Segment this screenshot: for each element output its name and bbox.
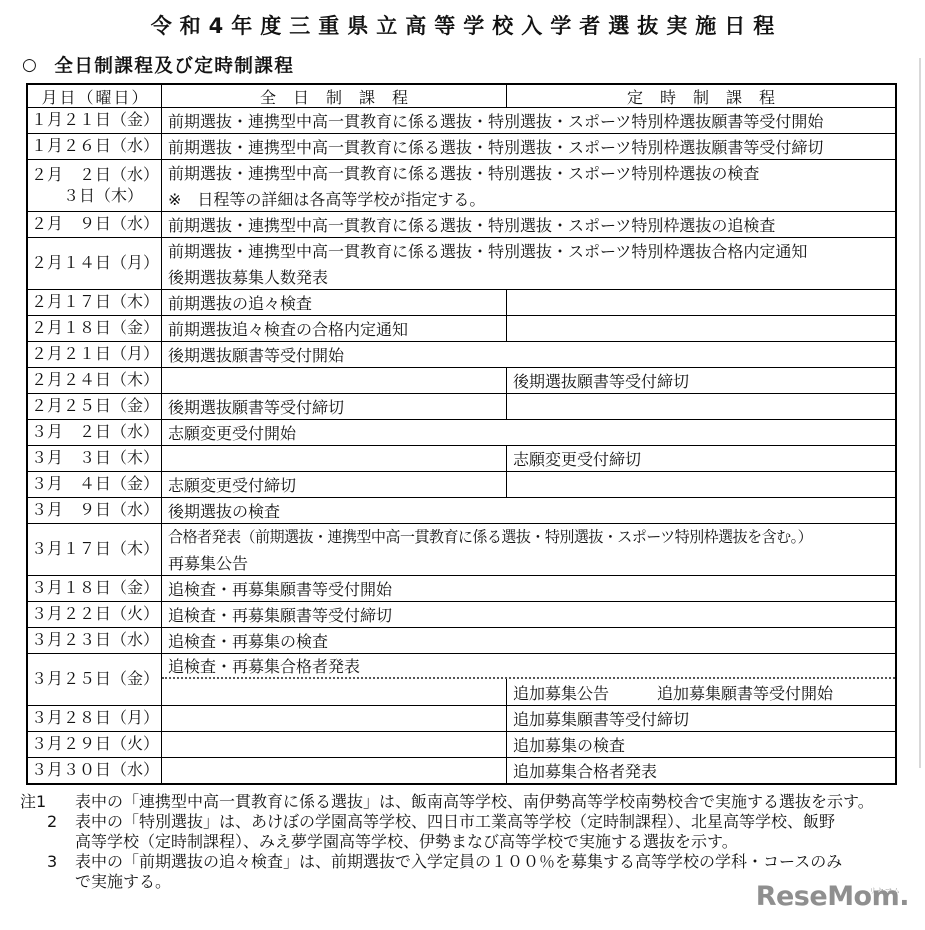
date-text: １月２６日（水） (31, 136, 161, 157)
content-line: 志願変更受付締切 (162, 472, 506, 497)
content-line (162, 446, 506, 471)
date-cell: ３月２３日（水） (28, 628, 162, 653)
fulltime-cell (162, 368, 507, 393)
table-row: １月２６日（水）前期選抜・連携型中高一貫教育に係る選抜・特別選抜・スポーツ特別枠… (28, 133, 895, 159)
note-text: 表中の「連携型中高一貫教育に係る選抜」は、飯南高等学校、南伊勢高等学校南勢校舎で… (75, 792, 874, 811)
content-line: 前期選抜の追々検査 (162, 290, 506, 315)
note-label: 3 (47, 852, 57, 872)
note-text: 表中の「特別選抜」は、あけぼの学園高等学校、四日市工業高等学校（定時制課程）、北… (75, 812, 835, 851)
parttime-cell (507, 394, 895, 419)
date-cell: ３月２８日（月） (28, 706, 162, 731)
content-line: 後期選抜願書等受付締切 (507, 368, 895, 393)
merged-cell: 前期選抜・連携型中高一貫教育に係る選抜・特別選抜・スポーツ特別枠選抜の検査※ 日… (162, 160, 895, 211)
parttime-cell (507, 316, 895, 341)
date-text: ３月２２日（火） (31, 604, 161, 625)
table-row: ３月２８日（月）追加募集願書等受付締切 (28, 705, 895, 731)
date-cell: ３月 ４日（金） (28, 472, 162, 497)
table-row: ３月３０日（水）追加募集合格者発表 (28, 757, 895, 783)
section-heading: ○ 全日制課程及び定時制課程 (22, 52, 925, 78)
date-text: ２月２１日（月） (31, 344, 161, 365)
content-line (507, 472, 895, 497)
table-row: ３月２３日（水）追検査・再募集の検査 (28, 627, 895, 653)
note-text: 表中の「前期選抜の追々検査」は、前期選抜で入学定員の１００％を募集する高等学校の… (75, 852, 842, 891)
date-cell: ３月 ３日（木） (28, 446, 162, 471)
merged-cell: 前期選抜・連携型中高一貫教育に係る選抜・特別選抜・スポーツ特別枠選抜願書等受付開… (162, 108, 895, 133)
content-line: 追加募集の検査 (507, 732, 895, 757)
table-row: ２月１７日（木）前期選抜の追々検査 (28, 289, 895, 315)
table-row: ２月 ９日（水）前期選抜・連携型中高一貫教育に係る選抜・特別選抜・スポーツ特別枠… (28, 211, 895, 237)
content-line: 追検査・再募集合格者発表 (162, 654, 895, 677)
date-text: ３月２８日（月） (31, 708, 161, 729)
date-cell: １月２１日（金） (28, 108, 162, 133)
content-line: 志願変更受付開始 (162, 420, 895, 445)
merged-cell: 前期選抜・連携型中高一貫教育に係る選抜・特別選抜・スポーツ特別枠選抜合格内定通知… (162, 238, 895, 289)
note-item: 注1 表中の「連携型中高一貫教育に係る選抜」は、飯南高等学校、南伊勢高等学校南勢… (0, 792, 900, 812)
fulltime-cell (162, 732, 507, 757)
table-row: １月２１日（金）前期選抜・連携型中高一貫教育に係る選抜・特別選抜・スポーツ特別枠… (28, 107, 895, 133)
note-label: 2 (47, 812, 57, 832)
header-parttime: 定時制課程 (507, 85, 895, 107)
date-text: ２月 ２日（水） (31, 165, 161, 186)
parttime-cell: 追加募集公告 追加募集願書等受付開始 (507, 679, 895, 705)
content-line: 追加募集公告 追加募集願書等受付開始 (507, 679, 895, 705)
merged-cell: 前期選抜・連携型中高一貫教育に係る選抜・特別選抜・スポーツ特別枠選抜の追検査 (162, 212, 895, 237)
parttime-cell: 後期選抜願書等受付締切 (507, 368, 895, 393)
table-row: ３月 ４日（金）志願変更受付締切 (28, 471, 895, 497)
merged-cell: 合格者発表（前期選抜・連携型中高一貫教育に係る選抜・特別選抜・スポーツ特別枠選抜… (162, 524, 895, 575)
circle-marker-icon: ○ (22, 55, 38, 75)
parttime-cell: 追加募集合格者発表 (507, 758, 895, 783)
date-cell: ３月１８日（金） (28, 576, 162, 601)
fulltime-cell: 前期選抜の追々検査 (162, 290, 507, 315)
fulltime-cell (162, 446, 507, 471)
content-line (507, 290, 895, 315)
table-row: ３月 ９日（水）後期選抜の検査 (28, 497, 895, 523)
merged-cell: 追検査・再募集願書等受付開始 (162, 576, 895, 601)
resemom-logo-ruby: リセマム (869, 876, 901, 906)
content-line (162, 758, 506, 783)
content-line: 後期選抜募集人数発表 (162, 264, 895, 290)
dashed-row-top: 追検査・再募集合格者発表 (162, 654, 895, 679)
content-line: 後期選抜の検査 (162, 498, 895, 523)
header-date: 月日（曜日） (28, 85, 162, 107)
date-cell: ３月３０日（水） (28, 758, 162, 783)
date-cell: ３月 ９日（水） (28, 498, 162, 523)
page-title: 令和4年度三重県立高等学校入学者選抜実施日程 (0, 10, 925, 40)
parttime-cell: 追加募集願書等受付締切 (507, 706, 895, 731)
date-cell: １月２６日（水） (28, 134, 162, 159)
content-line: 追検査・再募集願書等受付締切 (162, 602, 895, 627)
merged-cell: 志願変更受付開始 (162, 420, 895, 445)
table-header-row: 月日（曜日） 全日制課程 定時制課程 (28, 85, 895, 107)
fulltime-cell: 志願変更受付締切 (162, 472, 507, 497)
content-line: 前期選抜・連携型中高一貫教育に係る選抜・特別選抜・スポーツ特別枠選抜の検査 (162, 160, 895, 186)
date-cell: ２月２５日（金） (28, 394, 162, 419)
table-row: ３月１８日（金）追検査・再募集願書等受付開始 (28, 575, 895, 601)
merged-cell: 前期選抜・連携型中高一貫教育に係る選抜・特別選抜・スポーツ特別枠選抜願書等受付締… (162, 134, 895, 159)
content-line (162, 706, 506, 731)
table-row: ３月２９日（火）追加募集の検査 (28, 731, 895, 757)
date-text: ３月２３日（水） (31, 630, 161, 651)
date-cell: ３月２５日（金） (28, 654, 162, 705)
fulltime-cell (162, 758, 507, 783)
date-cell: ３月２２日（火） (28, 602, 162, 627)
content-line: 前期選抜追々検査の合格内定通知 (162, 316, 506, 341)
date-text: ３月 ４日（金） (31, 474, 161, 495)
merged-cell: 後期選抜の検査 (162, 498, 895, 523)
table-row: ３月１７日（木）合格者発表（前期選抜・連携型中高一貫教育に係る選抜・特別選抜・ス… (28, 523, 895, 575)
date-cell: ２月 ９日（水） (28, 212, 162, 237)
content-line: 追検査・再募集願書等受付開始 (162, 576, 895, 601)
date-cell: ３月２９日（火） (28, 732, 162, 757)
table-row: ２月 ２日（水） ３日（木）前期選抜・連携型中高一貫教育に係る選抜・特別選抜・ス… (28, 159, 895, 211)
content-line (162, 368, 506, 393)
content-line: 前期選抜・連携型中高一貫教育に係る選抜・特別選抜・スポーツ特別枠選抜願書等受付締… (162, 134, 895, 159)
table-row: ３月２２日（火）追検査・再募集願書等受付締切 (28, 601, 895, 627)
fulltime-cell (162, 679, 507, 705)
resemom-logo: ReseMom. リセマム (756, 882, 909, 912)
content-line: 追加募集願書等受付締切 (507, 706, 895, 731)
header-fulltime: 全日制課程 (162, 85, 507, 107)
date-cell: ２月１４日（月） (28, 238, 162, 289)
content-line (162, 679, 506, 705)
date-cell: ２月１８日（金） (28, 316, 162, 341)
date-text: ３月３０日（水） (31, 760, 161, 781)
date-text: ２月 ９日（水） (31, 214, 161, 235)
content-line (162, 732, 506, 757)
content-line: 前期選抜・連携型中高一貫教育に係る選抜・特別選抜・スポーツ特別枠選抜の追検査 (162, 212, 895, 237)
date-text-line2: ３日（木） (31, 186, 161, 207)
merged-cell: 後期選抜願書等受付開始 (162, 342, 895, 367)
page-edge-artifact (919, 58, 921, 768)
table-row: ３月 ３日（木）志願変更受付締切 (28, 445, 895, 471)
content-line: 合格者発表（前期選抜・連携型中高一貫教育に係る選抜・特別選抜・スポーツ特別枠選抜… (162, 524, 895, 550)
date-cell: ２月２４日（木） (28, 368, 162, 393)
note-item: 2 表中の「特別選抜」は、あけぼの学園高等学校、四日市工業高等学校（定時制課程）… (0, 812, 900, 852)
content-line (507, 394, 895, 419)
table-row: ２月１８日（金）前期選抜追々検査の合格内定通知 (28, 315, 895, 341)
table-row: ３月２５日（金）追検査・再募集合格者発表追加募集公告 追加募集願書等受付開始 (28, 653, 895, 705)
content-line: 追検査・再募集の検査 (162, 628, 895, 653)
content-line: ※ 日程等の詳細は各高等学校が指定する。 (162, 186, 895, 212)
merged-cell-dashed: 追検査・再募集合格者発表追加募集公告 追加募集願書等受付開始 (162, 654, 895, 705)
parttime-cell: 志願変更受付締切 (507, 446, 895, 471)
parttime-cell (507, 472, 895, 497)
date-cell: ２月 ２日（水） ３日（木） (28, 160, 162, 211)
date-text: ３月 ３日（木） (31, 448, 161, 469)
notes-section: 注1 表中の「連携型中高一貫教育に係る選抜」は、飯南高等学校、南伊勢高等学校南勢… (0, 792, 900, 892)
date-text: ３月２９日（火） (31, 734, 161, 755)
content-line: 後期選抜願書等受付締切 (162, 394, 506, 419)
content-line (507, 316, 895, 341)
table-row: ２月１４日（月）前期選抜・連携型中高一貫教育に係る選抜・特別選抜・スポーツ特別枠… (28, 237, 895, 289)
fulltime-cell (162, 706, 507, 731)
date-text: ２月１７日（木） (31, 292, 161, 313)
table-row: ３月 ２日（水）志願変更受付開始 (28, 419, 895, 445)
parttime-cell (507, 290, 895, 315)
date-text: １月２１日（金） (31, 110, 161, 131)
content-line: 前期選抜・連携型中高一貫教育に係る選抜・特別選抜・スポーツ特別枠選抜願書等受付開… (162, 108, 895, 133)
merged-cell: 追検査・再募集の検査 (162, 628, 895, 653)
table-row: ２月２１日（月）後期選抜願書等受付開始 (28, 341, 895, 367)
date-text: ２月２５日（金） (31, 396, 161, 417)
date-text: ２月２４日（木） (31, 370, 161, 391)
content-line: 追加募集合格者発表 (507, 758, 895, 783)
content-line: 志願変更受付締切 (507, 446, 895, 471)
date-cell: ３月１７日（木） (28, 524, 162, 575)
dashed-row-bottom: 追加募集公告 追加募集願書等受付開始 (162, 679, 895, 705)
schedule-table: 月日（曜日） 全日制課程 定時制課程 １月２１日（金）前期選抜・連携型中高一貫教… (26, 83, 897, 785)
table-row: ２月２４日（木）後期選抜願書等受付締切 (28, 367, 895, 393)
date-text: ３月 ２日（水） (31, 422, 161, 443)
fulltime-cell: 後期選抜願書等受付締切 (162, 394, 507, 419)
date-cell: ３月 ２日（水） (28, 420, 162, 445)
page: { "page": { "title": "令和4年度三重県立高等学校入学者選抜… (0, 0, 925, 930)
date-text: ２月１８日（金） (31, 318, 161, 339)
table-body: １月２１日（金）前期選抜・連携型中高一貫教育に係る選抜・特別選抜・スポーツ特別枠… (28, 107, 895, 783)
merged-cell: 追検査・再募集願書等受付締切 (162, 602, 895, 627)
note-label: 注1 (20, 792, 46, 812)
parttime-cell: 追加募集の検査 (507, 732, 895, 757)
date-text: ３月１７日（木） (31, 539, 161, 560)
table-row: ２月２５日（金）後期選抜願書等受付締切 (28, 393, 895, 419)
content-line: 後期選抜願書等受付開始 (162, 342, 895, 367)
content-line: 再募集公告 (162, 550, 895, 576)
fulltime-cell: 前期選抜追々検査の合格内定通知 (162, 316, 507, 341)
date-text: ２月１４日（月） (31, 253, 161, 274)
date-text: ３月１８日（金） (31, 578, 161, 599)
section-heading-label: 全日制課程及び定時制課程 (54, 52, 294, 78)
date-text: ３月 ９日（水） (31, 500, 161, 521)
date-cell: ２月２１日（月） (28, 342, 162, 367)
date-cell: ２月１７日（木） (28, 290, 162, 315)
date-text: ３月２５日（金） (31, 669, 161, 690)
content-line: 前期選抜・連携型中高一貫教育に係る選抜・特別選抜・スポーツ特別枠選抜合格内定通知 (162, 238, 895, 264)
